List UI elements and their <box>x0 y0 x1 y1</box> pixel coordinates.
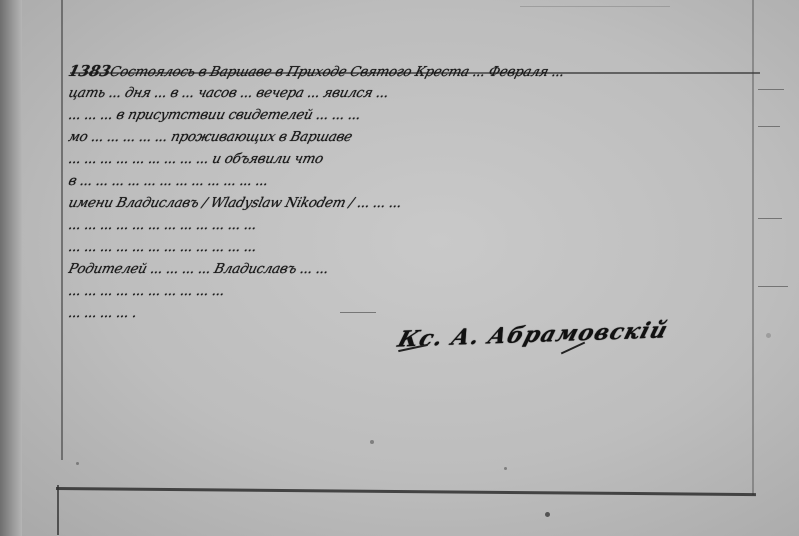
text-line: ... ... ... ... ... ... ... ... ... ... … <box>66 214 761 236</box>
faint-pencil-mark <box>520 6 670 7</box>
text-line: в ... ... ... ... ... ... ... ... ... ..… <box>66 170 761 192</box>
record-number: 1383 <box>66 62 112 80</box>
page-binding-edge <box>0 0 22 536</box>
text-line: мо ... ... ... ... ... проживающих в Вар… <box>66 126 761 148</box>
paper-speck <box>76 462 79 465</box>
text-line: цать ... дня ... в ... часов ... вечера … <box>66 82 761 104</box>
text-line: ... ... ... в присутствии свидетелей ...… <box>66 104 761 126</box>
record-text: 1383Состоялось в Варшаве в Приходе Свято… <box>66 60 756 324</box>
paper-speck <box>766 333 771 338</box>
text-line: имени Владиславъ / Wladyslaw Nikodem / .… <box>66 192 761 214</box>
left-margin-rule-lower <box>57 485 59 535</box>
right-margin-dash <box>758 89 784 90</box>
text-line: ... ... ... ... ... ... ... ... ... ... … <box>66 236 761 258</box>
left-margin-rule <box>61 0 63 460</box>
text-line: ... ... ... ... ... ... ... ... ... и об… <box>66 148 761 170</box>
document-scan: 1383Состоялось в Варшаве в Приходе Свято… <box>0 0 799 536</box>
text-line: 1383Состоялось в Варшаве в Приходе Свято… <box>66 60 761 82</box>
paper-speck <box>370 440 374 444</box>
paper-speck <box>545 512 550 517</box>
paper-speck <box>504 467 507 470</box>
right-margin-dash <box>758 286 788 287</box>
right-margin-dash <box>758 218 782 219</box>
text-line: ... ... ... ... ... ... ... ... ... ... <box>66 280 761 302</box>
bottom-rule <box>56 487 756 496</box>
text-line: Родителей ... ... ... ... Владиславъ ...… <box>66 258 761 280</box>
